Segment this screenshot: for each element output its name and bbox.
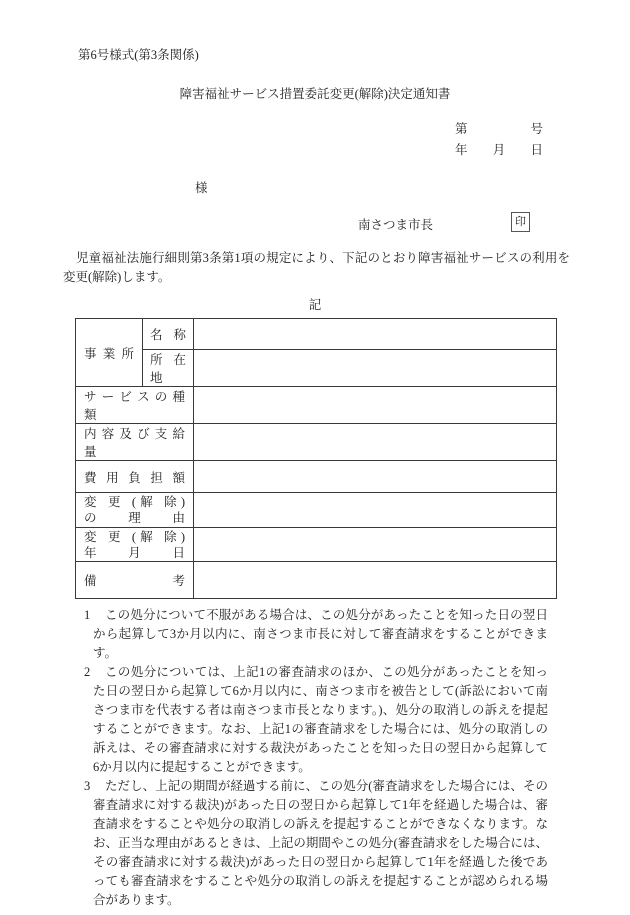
content-amount-label-cell: 内 容 及 び 支 給 量: [76, 424, 194, 461]
office-address-label-cell: 所 在 地: [143, 350, 194, 387]
remarks-label-cell: 備 考: [76, 562, 194, 599]
addressee-honorific: 様: [195, 178, 208, 196]
record-heading: 記: [0, 295, 630, 313]
change-date-label-line1: 変 更 (解 除): [76, 529, 193, 545]
document-date-line: 年 月 日: [455, 140, 543, 158]
service-type-label-cell: サ ー ビ ス の 種 類: [76, 387, 194, 424]
content-amount-label: 内 容 及 び 支 給 量: [76, 424, 193, 460]
note-number-2: 2: [84, 663, 90, 682]
service-type-value-cell: [194, 387, 557, 424]
note-text-2: この処分については、上記1の審査請求のほか、この処分があったことを知った日の翌日…: [93, 665, 548, 774]
cost-burden-value-cell: [194, 461, 557, 493]
office-name-label: 名 称: [143, 325, 193, 343]
cost-burden-label-cell: 費 用 負 担 額: [76, 461, 194, 493]
change-date-label-cell: 変 更 (解 除) 年 月 日: [76, 528, 194, 562]
seal-placeholder: 印: [511, 212, 530, 232]
note-text-1: この処分について不服がある場合は、この処分があったことを知った日の翌日から起算し…: [93, 608, 548, 660]
sender-title: 南さつま市長: [358, 215, 433, 233]
note-number-1: 1: [84, 606, 90, 625]
note-item-2: 2 この処分については、上記1の審査請求のほか、この処分があったことを知った日の…: [93, 663, 548, 777]
office-name-label-cell: 名 称: [143, 319, 194, 350]
note-number-3: 3: [84, 777, 90, 796]
change-reason-label-line2: の 理 由: [76, 510, 193, 526]
table-row: 費 用 負 担 額: [76, 461, 557, 493]
change-reason-label-cell: 変 更 (解 除) の 理 由: [76, 493, 194, 528]
document-number-line: 第 号: [455, 119, 543, 137]
change-reason-label-line1: 変 更 (解 除): [76, 494, 193, 510]
form-table: 事 業 所 名 称 所 在 地 サ ー ビ ス の 種 類: [75, 318, 557, 599]
table-row: 所 在 地: [76, 350, 557, 387]
note-item-3: 3 ただし、上記の期間が経過する前に、この処分(審査請求をした場合には、その審査…: [93, 777, 548, 910]
table-row: 備 考: [76, 562, 557, 599]
table-row: 変 更 (解 除) の 理 由: [76, 493, 557, 528]
document-number-suffix: 号: [530, 119, 543, 137]
change-date-value-cell: [194, 528, 557, 562]
office-address-value-cell: [194, 350, 557, 387]
body-paragraph: 児童福祉法施行細則第3条第1項の規定により、下記のとおり障害福祉サービスの利用を…: [63, 249, 570, 287]
note-text-3: ただし、上記の期間が経過する前に、この処分(審査請求をした場合には、その審査請求…: [93, 779, 548, 907]
office-group-label-cell: 事 業 所: [76, 319, 143, 387]
remarks-label: 備 考: [76, 571, 193, 589]
document-title: 障害福祉サービス措置委託変更(解除)決定通知書: [0, 84, 630, 102]
form-number: 第6号様式(第3条関係): [78, 45, 199, 63]
date-day-label: 日: [530, 140, 543, 158]
table-row: 内 容 及 び 支 給 量: [76, 424, 557, 461]
office-group-label: 事 業 所: [76, 344, 142, 362]
office-name-value-cell: [194, 319, 557, 350]
service-type-label: サ ー ビ ス の 種 類: [76, 387, 193, 423]
cost-burden-label: 費 用 負 担 額: [76, 468, 193, 486]
content-amount-value-cell: [194, 424, 557, 461]
remarks-value-cell: [194, 562, 557, 599]
table-row: 事 業 所 名 称: [76, 319, 557, 350]
change-reason-value-cell: [194, 493, 557, 528]
document-number-prefix: 第: [455, 119, 468, 137]
table-row: 変 更 (解 除) 年 月 日: [76, 528, 557, 562]
document-page: 第6号様式(第3条関係) 障害福祉サービス措置委託変更(解除)決定通知書 第 号…: [0, 0, 630, 915]
table-row: サ ー ビ ス の 種 類: [76, 387, 557, 424]
notes-section: 1 この処分について不服がある場合は、この処分があったことを知った日の翌日から起…: [93, 606, 548, 910]
change-date-label-line2: 年 月 日: [76, 545, 193, 561]
office-address-label: 所 在 地: [143, 350, 193, 386]
date-month-label: 月: [493, 140, 506, 158]
date-year-label: 年: [455, 140, 468, 158]
note-item-1: 1 この処分について不服がある場合は、この処分があったことを知った日の翌日から起…: [93, 606, 548, 663]
